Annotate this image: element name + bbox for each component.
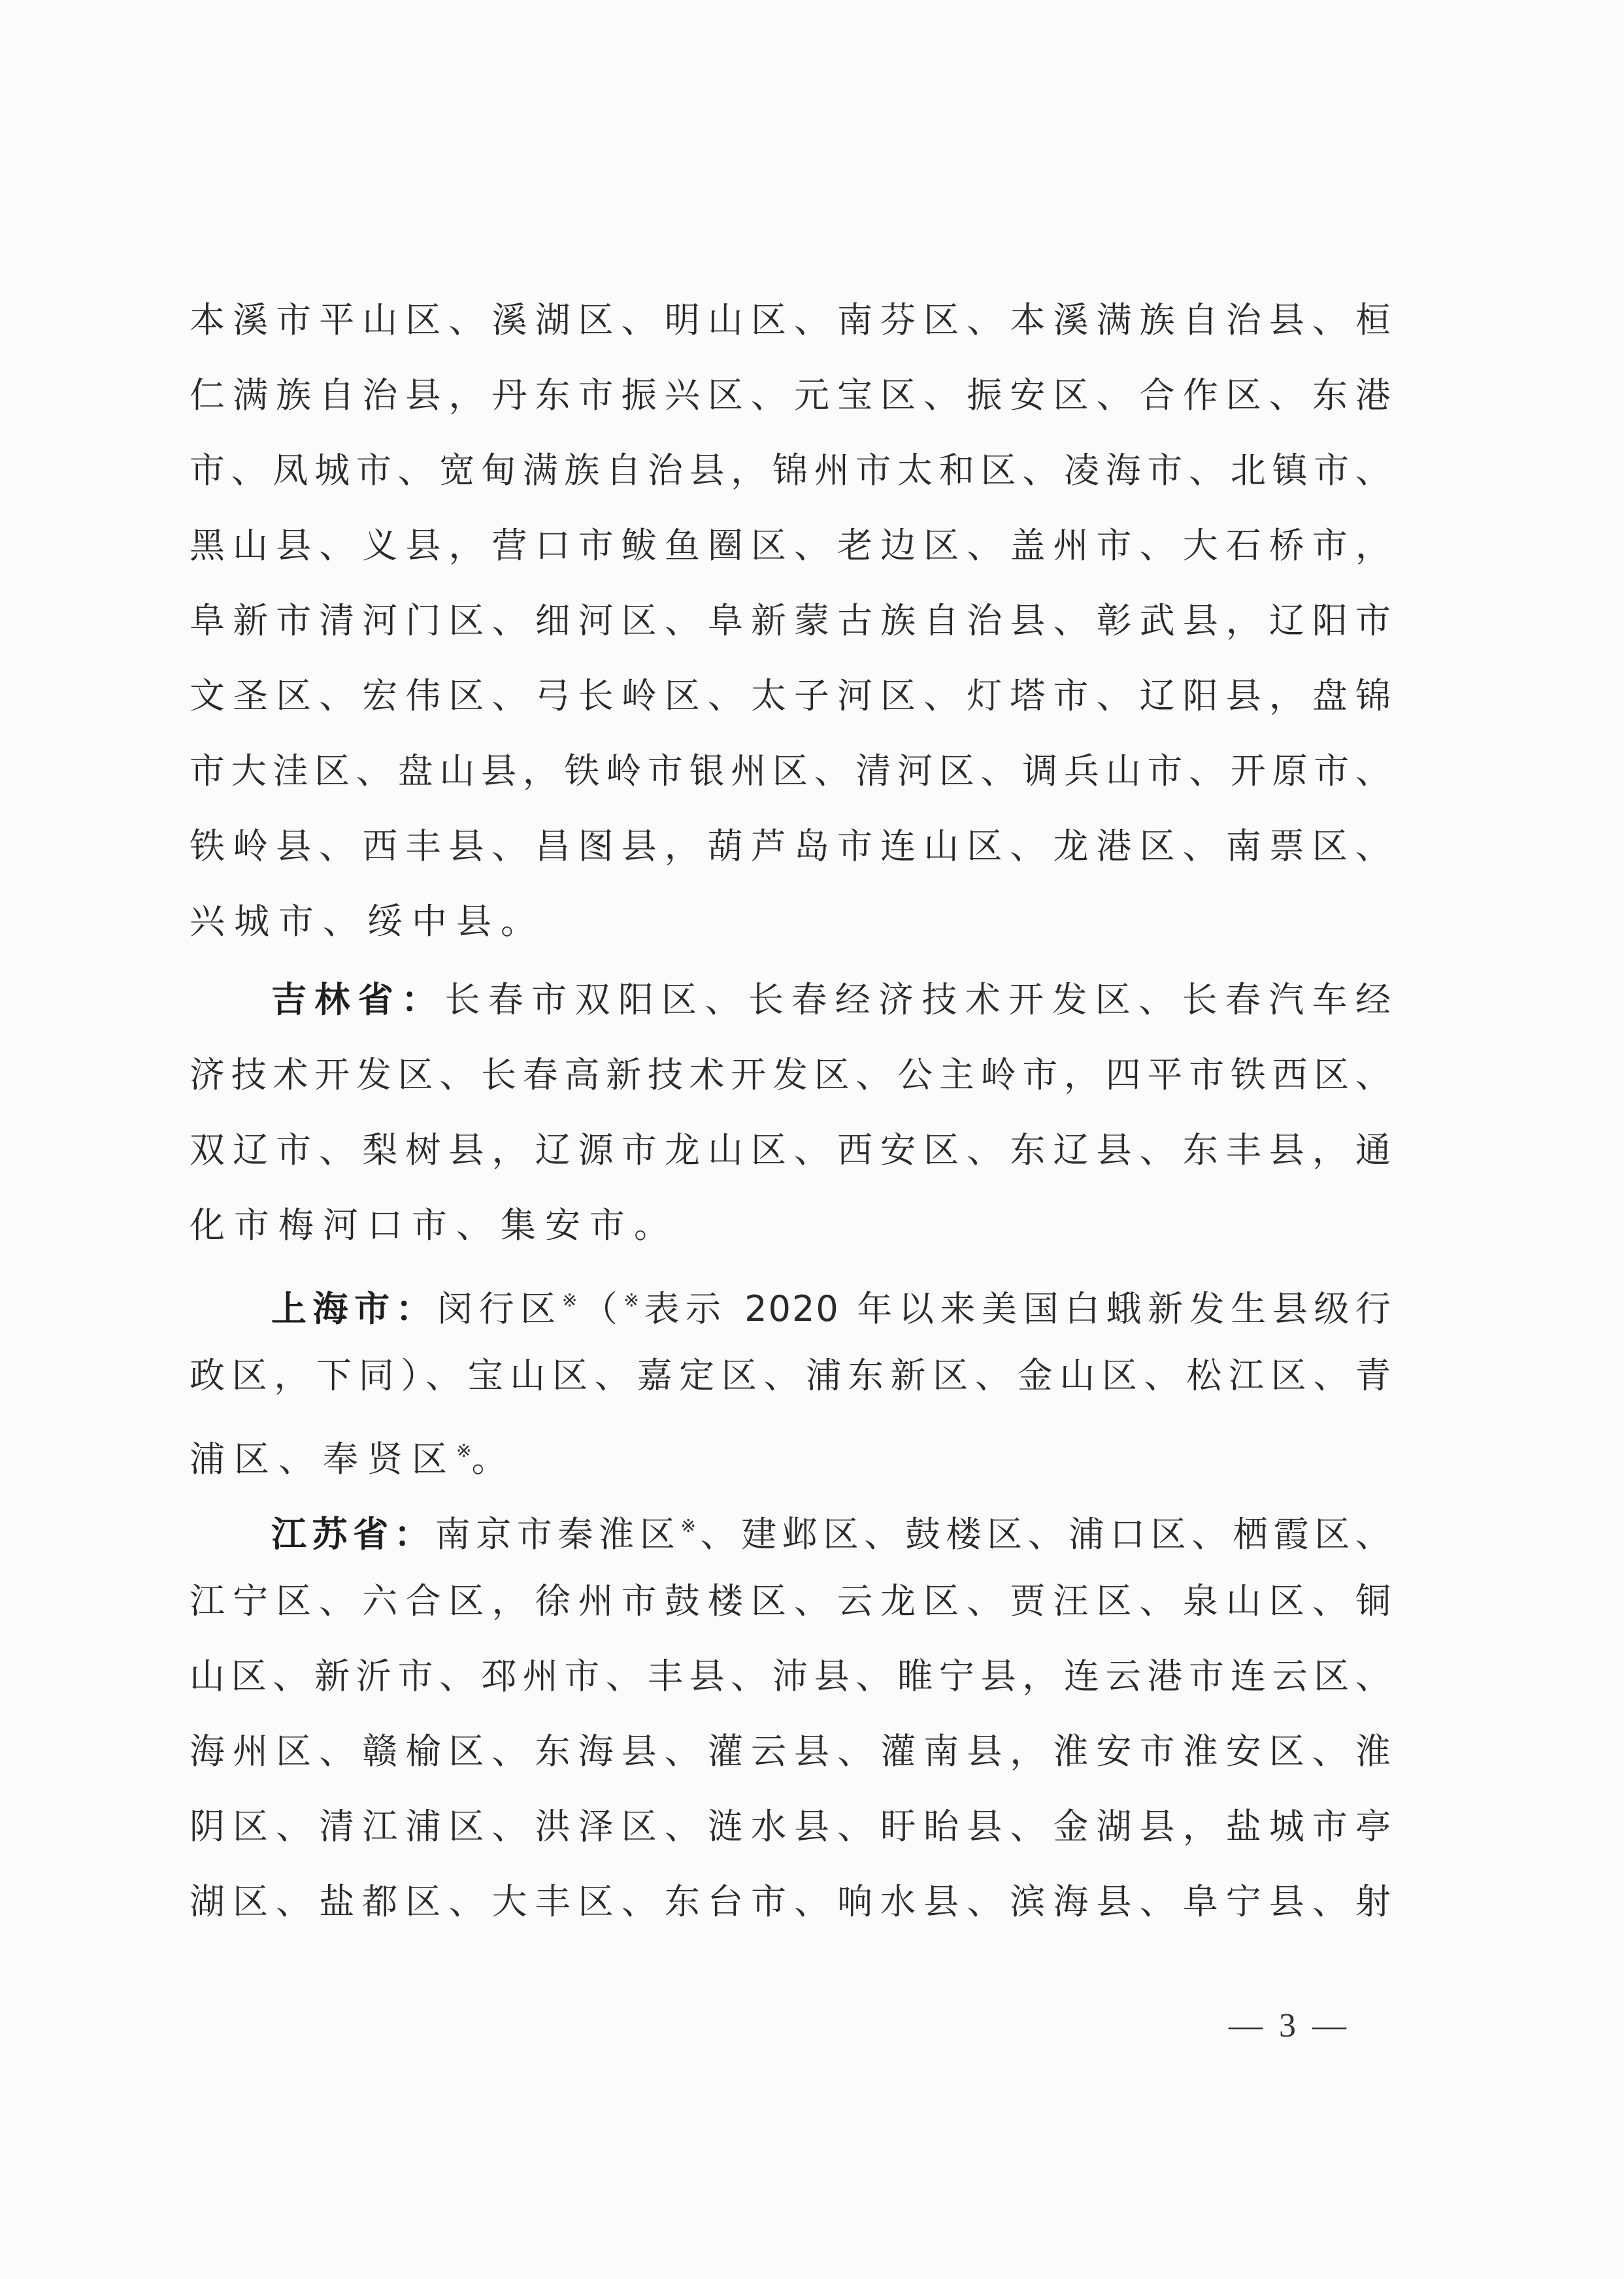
document-page: 本溪市平山区、溪湖区、明山区、南芬区、本溪满族自治县、桓 仁满族自治县，丹东市振… <box>0 0 1624 2279</box>
text-line: 湖区、盐都区、大丰区、东台市、响水县、滨海县、阜宁县、射 <box>190 1869 1392 1935</box>
text-line: 阜新市清河门区、细河区、阜新蒙古族自治县、彰武县，辽阳市 <box>190 588 1392 654</box>
text-span: 闵行区 <box>437 1288 562 1329</box>
paragraph-jilin-first-line: 吉林省：长春市双阳区、长春经济技术开发区、长春汽车经 <box>271 967 1392 1033</box>
text-line: 本溪市平山区、溪湖区、明山区、南芬区、本溪满族自治县、桓 <box>190 288 1392 353</box>
text-line: 市、凤城市、宽甸满族自治县，锦州市太和区、凌海市、北镇市、 <box>190 438 1392 503</box>
paragraph-shanghai-first-line: 上海市：闵行区※（※表示 2020 年以来美国白蛾新发生县级行 <box>271 1268 1392 1333</box>
text-line: 海州区、赣榆区、东海县、灌云县、灌南县，淮安市淮安区、淮 <box>190 1719 1392 1784</box>
new-occurrence-mark: ※ <box>456 1440 471 1461</box>
page-number: — 3 — <box>1229 2000 1350 2052</box>
province-heading-shanghai: 上海市： <box>271 1288 437 1329</box>
province-heading-jiangsu: 江苏省： <box>271 1514 435 1555</box>
text-span: （ <box>582 1288 624 1329</box>
text-line: 济技术开发区、长春高新技术开发区、公主岭市，四平市铁西区、 <box>190 1042 1392 1108</box>
paragraph-jiangsu-first-line: 江苏省：南京市秦淮区※、建邺区、鼓楼区、浦口区、栖霞区、 <box>271 1493 1392 1559</box>
text-span: 表示 2020 年以来美国白蛾新发生县级行 <box>644 1288 1392 1329</box>
text-span: 南京市秦淮区 <box>435 1514 681 1555</box>
text-line: 黑山县、义县，营口市鲅鱼圈区、老边区、盖州市、大石桥市， <box>190 513 1392 578</box>
text-line: 仁满族自治县，丹东市振兴区、元宝区、振安区、合作区、东港 <box>190 363 1392 428</box>
text-span: 浦区、奉贤区 <box>190 1439 456 1480</box>
text-line: 文圣区、宏伟区、弓长岭区、太子河区、灯塔市、辽阳县，盘锦 <box>190 663 1392 729</box>
new-occurrence-mark: ※ <box>623 1289 644 1311</box>
text-span: 。 <box>471 1439 516 1480</box>
text-line: 铁岭县、西丰县、昌图县，葫芦岛市连山区、龙港区、南票区、 <box>190 814 1392 879</box>
text-line: 江宁区、六合区，徐州市鼓楼区、云龙区、贾汪区、泉山区、铜 <box>190 1569 1392 1634</box>
text-line: 阴区、清江浦区、洪泽区、涟水县、盱眙县、金湖县，盐城市亭 <box>190 1794 1392 1859</box>
text-line: 政区，下同）、宝山区、嘉定区、浦东新区、金山区、松江区、青 <box>190 1343 1392 1408</box>
text-line: 浦区、奉贤区※。 <box>190 1418 1392 1484</box>
new-occurrence-mark: ※ <box>681 1515 701 1537</box>
text-line: 兴城市、绥中县。 <box>190 889 1392 954</box>
text-line: 化市梅河口市、集安市。 <box>190 1193 1392 1258</box>
text-line: 市大洼区、盘山县，铁岭市银州区、清河区、调兵山市、开原市、 <box>190 739 1392 804</box>
new-occurrence-mark: ※ <box>562 1289 582 1311</box>
province-heading-jilin: 吉林省： <box>271 979 444 1020</box>
text-span: 、建邺区、鼓楼区、浦口区、栖霞区、 <box>701 1514 1392 1555</box>
text-line: 双辽市、梨树县，辽源市龙山区、西安区、东辽县、东丰县，通 <box>190 1118 1392 1183</box>
text-line: 山区、新沂市、邳州市、丰县、沛县、睢宁县，连云港市连云区、 <box>190 1644 1392 1709</box>
text-span: 长春市双阳区、长春经济技术开发区、长春汽车经 <box>444 979 1392 1020</box>
